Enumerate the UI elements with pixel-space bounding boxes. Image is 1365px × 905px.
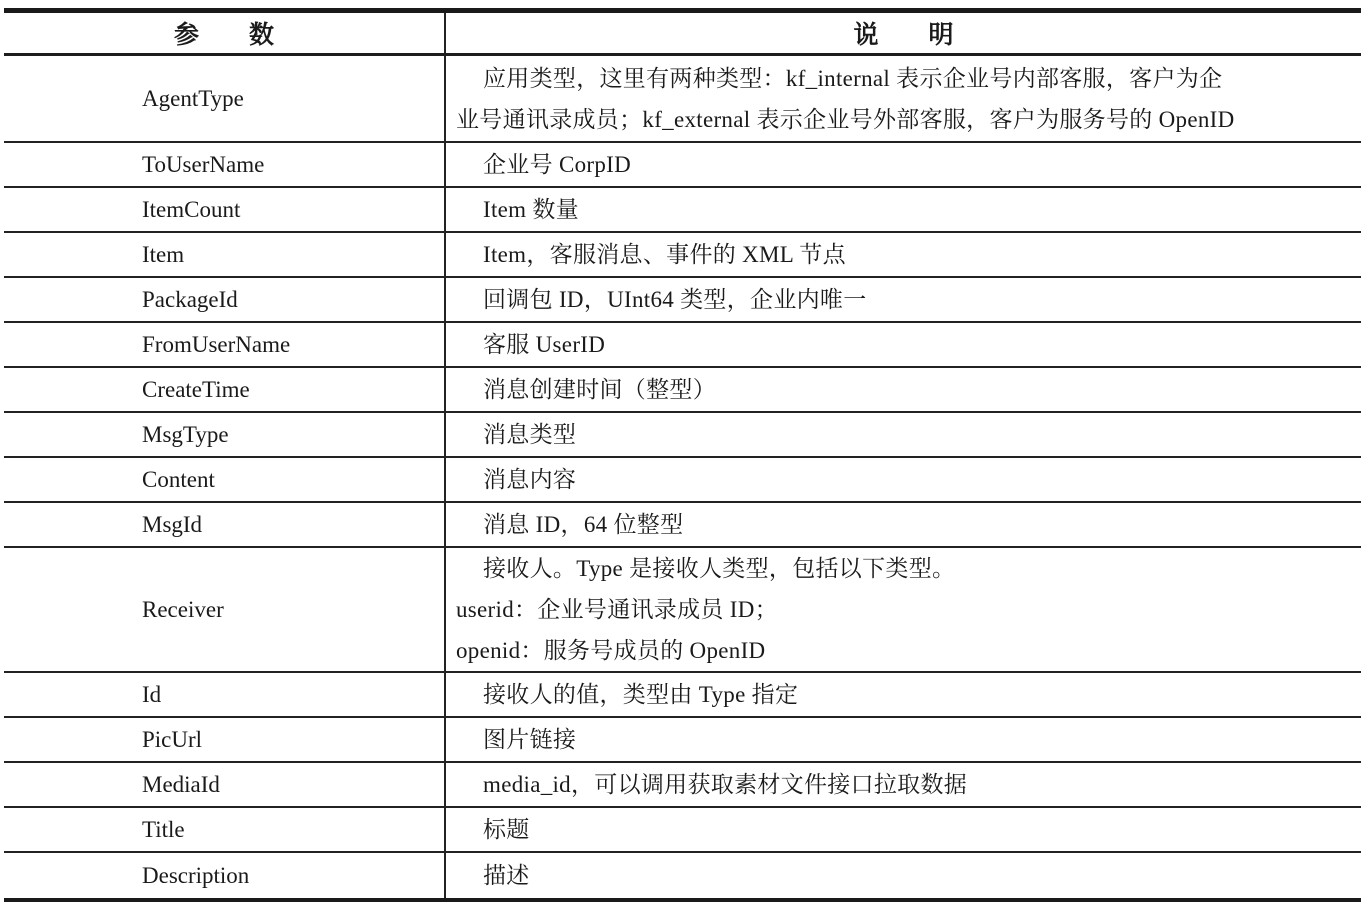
description-cell: 消息创建时间（整型） <box>446 368 1361 411</box>
description-cell: Item 数量 <box>446 188 1361 231</box>
description-line: 接收人。Type 是接收人类型，包括以下类型。 <box>456 548 1349 589</box>
param-cell: Item <box>4 233 446 276</box>
description-line: 标题 <box>456 809 1349 850</box>
table-row: AgentType 应用类型，这里有两种类型：kf_internal 表示企业号… <box>4 56 1361 143</box>
table-row: MsgType 消息类型 <box>4 413 1361 458</box>
description-cell: 图片链接 <box>446 718 1361 761</box>
param-name: AgentType <box>142 86 244 112</box>
description-line: Item 数量 <box>456 189 1349 230</box>
table-row: Receiver 接收人。Type 是接收人类型，包括以下类型。userid：企… <box>4 548 1361 673</box>
description-line: 应用类型，这里有两种类型：kf_internal 表示企业号内部客服，客户为企 <box>456 58 1349 99</box>
table-header-row: 参 数 说 明 <box>4 13 1361 56</box>
param-name: Receiver <box>142 597 224 623</box>
description-cell: 客服 UserID <box>446 323 1361 366</box>
description-line: 接收人的值，类型由 Type 指定 <box>456 674 1349 715</box>
description-line: media_id，可以调用获取素材文件接口拉取数据 <box>456 764 1349 805</box>
description-cell: 企业号 CorpID <box>446 143 1361 186</box>
param-name: MsgId <box>142 512 202 538</box>
param-name: ItemCount <box>142 197 240 223</box>
description-line: 描述 <box>456 855 1349 896</box>
param-cell: Description <box>4 853 446 898</box>
table-row: Title 标题 <box>4 808 1361 853</box>
param-cell: Title <box>4 808 446 851</box>
description-cell: 应用类型，这里有两种类型：kf_internal 表示企业号内部客服，客户为企业… <box>446 56 1361 141</box>
description-line: 企业号 CorpID <box>456 144 1349 185</box>
table-row: Item Item，客服消息、事件的 XML 节点 <box>4 233 1361 278</box>
description-line: 客服 UserID <box>456 324 1349 365</box>
param-name: Content <box>142 467 215 493</box>
description-line: Item，客服消息、事件的 XML 节点 <box>456 234 1349 275</box>
description-line: userid：企业号通讯录成员 ID； <box>456 589 1349 630</box>
description-cell: Item，客服消息、事件的 XML 节点 <box>446 233 1361 276</box>
param-name: PicUrl <box>142 727 202 753</box>
param-cell: MsgId <box>4 503 446 546</box>
table-row: FromUserName 客服 UserID <box>4 323 1361 368</box>
description-cell: 描述 <box>446 853 1361 898</box>
description-cell: media_id，可以调用获取素材文件接口拉取数据 <box>446 763 1361 806</box>
param-name: MediaId <box>142 772 220 798</box>
description-line: 消息创建时间（整型） <box>456 369 1349 410</box>
param-name: CreateTime <box>142 377 250 403</box>
description-line: 业号通讯录成员；kf_external 表示企业号外部客服，客户为服务号的 Op… <box>456 99 1349 140</box>
param-cell: MsgType <box>4 413 446 456</box>
param-name: Id <box>142 682 161 708</box>
description-line: 图片链接 <box>456 719 1349 760</box>
param-name: Title <box>142 817 185 843</box>
param-cell: AgentType <box>4 56 446 141</box>
param-cell: ToUserName <box>4 143 446 186</box>
param-cell: FromUserName <box>4 323 446 366</box>
table-row: CreateTime 消息创建时间（整型） <box>4 368 1361 413</box>
param-name: PackageId <box>142 287 238 313</box>
table-row: MediaId media_id，可以调用获取素材文件接口拉取数据 <box>4 763 1361 808</box>
table-row: PicUrl 图片链接 <box>4 718 1361 763</box>
description-line: 消息内容 <box>456 459 1349 500</box>
column-header-description: 说 明 <box>446 13 1361 53</box>
parameters-table: 参 数 说 明 AgentType 应用类型，这里有两种类型：kf_intern… <box>4 8 1361 902</box>
param-cell: Receiver <box>4 548 446 671</box>
table-row: Description 描述 <box>4 853 1361 898</box>
param-cell: CreateTime <box>4 368 446 411</box>
param-name: Description <box>142 863 249 889</box>
table-row: PackageId 回调包 ID，UInt64 类型，企业内唯一 <box>4 278 1361 323</box>
description-line: 回调包 ID，UInt64 类型，企业内唯一 <box>456 279 1349 320</box>
table-row: Id 接收人的值，类型由 Type 指定 <box>4 673 1361 718</box>
description-line: 消息 ID，64 位整型 <box>456 504 1349 545</box>
description-line: openid：服务号成员的 OpenID <box>456 630 1349 671</box>
param-cell: Id <box>4 673 446 716</box>
table-body: AgentType 应用类型，这里有两种类型：kf_internal 表示企业号… <box>4 56 1361 898</box>
table-row: ItemCount Item 数量 <box>4 188 1361 233</box>
param-name: Item <box>142 242 184 268</box>
table-row: ToUserName 企业号 CorpID <box>4 143 1361 188</box>
description-cell: 标题 <box>446 808 1361 851</box>
table-row: Content 消息内容 <box>4 458 1361 503</box>
description-cell: 消息内容 <box>446 458 1361 501</box>
param-cell: Content <box>4 458 446 501</box>
param-cell: PackageId <box>4 278 446 321</box>
param-name: MsgType <box>142 422 229 448</box>
column-header-param: 参 数 <box>4 13 446 53</box>
param-cell: ItemCount <box>4 188 446 231</box>
param-name: FromUserName <box>142 332 290 358</box>
param-cell: PicUrl <box>4 718 446 761</box>
param-cell: MediaId <box>4 763 446 806</box>
description-cell: 消息类型 <box>446 413 1361 456</box>
description-cell: 接收人的值，类型由 Type 指定 <box>446 673 1361 716</box>
description-cell: 回调包 ID，UInt64 类型，企业内唯一 <box>446 278 1361 321</box>
description-line: 消息类型 <box>456 414 1349 455</box>
description-cell: 接收人。Type 是接收人类型，包括以下类型。userid：企业号通讯录成员 I… <box>446 548 1361 671</box>
param-name: ToUserName <box>142 152 264 178</box>
description-cell: 消息 ID，64 位整型 <box>446 503 1361 546</box>
table-row: MsgId 消息 ID，64 位整型 <box>4 503 1361 548</box>
